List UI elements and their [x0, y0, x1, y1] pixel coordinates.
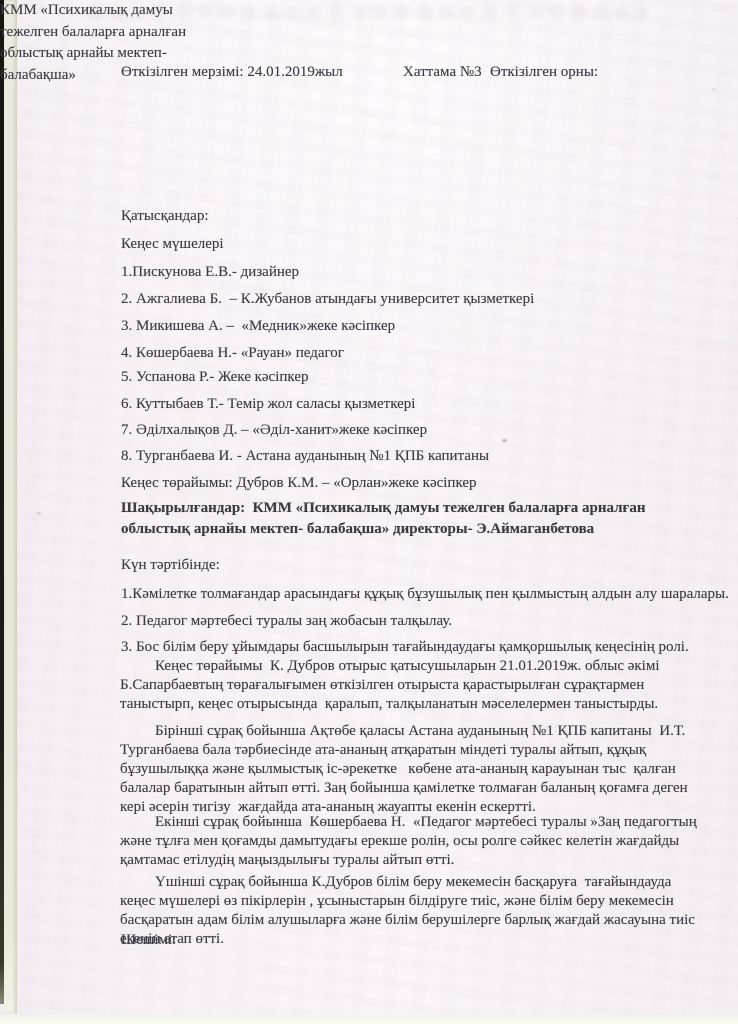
- participants-heading: Қатысқандар:: [121, 207, 209, 226]
- agenda-item: 3. Бос білім беру ұйымдары басшылырын та…: [121, 638, 689, 657]
- agenda-item: 2. Педагог мәртебесі туралы заң жобасын …: [121, 612, 452, 631]
- council-members-subheading: Кеңес мүшелері: [121, 235, 224, 254]
- minutes-paragraph-2: Бірінші сұрақ бойынша Ақтөбе қаласы Аста…: [120, 722, 703, 817]
- minutes-paragraph-1: Кеңес төрайымы К. Дубров отырыс қатысушы…: [120, 657, 701, 714]
- member-row: 3. Микишева А. – «Медник»жеке кәсіпкер: [121, 317, 395, 336]
- member-row: 2. Ажгалиева Б. – К.Жубанов атындағы уни…: [121, 290, 534, 309]
- venue-label: Өткізілген орны:: [490, 63, 598, 82]
- council-chair-line: Кеңес төрайымы: Дубров К.М. – «Орлан»жек…: [121, 474, 477, 493]
- invited-persons-line: Шақырылғандар: КММ «Психикалық дамуы теж…: [121, 498, 701, 539]
- agenda-heading: Күн тәртібінде:: [121, 556, 220, 575]
- meeting-date-line: Өткізілген мерзімі: 24.01.2019жыл: [121, 63, 343, 82]
- protocol-document: Өткізілген мерзімі: 24.01.2019жыл Хаттам…: [0, 0, 738, 1024]
- minutes-paragraph-3: Екінші сұрақ бойынша Көшербаева Н. «Педа…: [120, 813, 701, 870]
- agenda-item: 1.Кәмілетке толмағандар арасындағы құқық…: [121, 585, 729, 604]
- member-row: 5. Успанова Р.- Жеке кәсіпкер: [121, 368, 308, 387]
- member-row: 8. Турганбаева И. - Астана ауданының №1 …: [121, 447, 489, 466]
- member-row: 4. Көшербаева Н.- «Рауан» педагог: [121, 344, 344, 363]
- member-row: 1.Пискунова Е.В.- дизайнер: [121, 263, 299, 282]
- member-row: 7. Әділхалықов Д. – «Әділ-ханит»жеке кәс…: [121, 421, 427, 440]
- protocol-number: Хаттама №3: [403, 63, 482, 82]
- decision-heading: Шешімі:: [121, 931, 176, 950]
- minutes-paragraph-4: Үшінші сұрақ бойынша К.Дубров білім беру…: [120, 873, 703, 949]
- member-row: 6. Куттыбаев Т.- Темір жол саласы қызмет…: [121, 395, 415, 414]
